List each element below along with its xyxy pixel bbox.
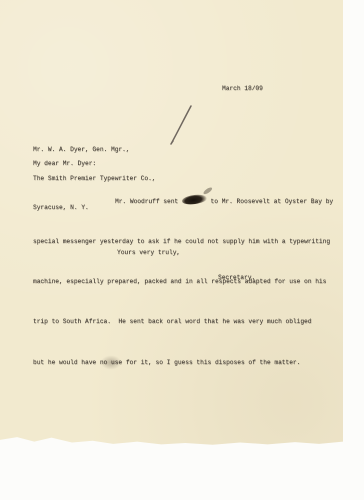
ink-blot <box>181 193 207 206</box>
body-line: but he would have no use for it, so I gu… <box>33 356 335 369</box>
checkmark-icon <box>168 104 194 146</box>
body-text: to Mr. Roosevelt at Oyster Bay by <box>207 198 333 205</box>
body-text: Mr. Woodruff sent <box>115 198 182 205</box>
signature: Secretary. <box>218 273 255 283</box>
body-line: machine, especially prepared, packed and… <box>33 275 335 288</box>
body-text: for it, so I guess this disposes of the … <box>122 359 300 366</box>
letter-paper: March 18/09 Mr. W. A. Dyer, Gen. Mgr., T… <box>0 0 343 447</box>
recipient-line: Mr. W. A. Dyer, Gen. Mgr., <box>33 145 156 155</box>
smudged-word: no use <box>100 356 122 369</box>
body-text: but he would have <box>33 359 100 366</box>
body-line: trip to South Africa. He sent back oral … <box>33 315 335 328</box>
letter-body: Mr. Woodruff sent to Mr. Roosevelt at Oy… <box>33 168 335 396</box>
body-line: Mr. Woodruff sent to Mr. Roosevelt at Oy… <box>33 195 335 208</box>
body-line: special messenger yesterday to ask if he… <box>33 235 335 248</box>
date-line: March 18/09 <box>222 84 263 94</box>
closing: Yours very truly, <box>117 248 180 258</box>
scanned-letter: March 18/09 Mr. W. A. Dyer, Gen. Mgr., T… <box>0 0 364 500</box>
